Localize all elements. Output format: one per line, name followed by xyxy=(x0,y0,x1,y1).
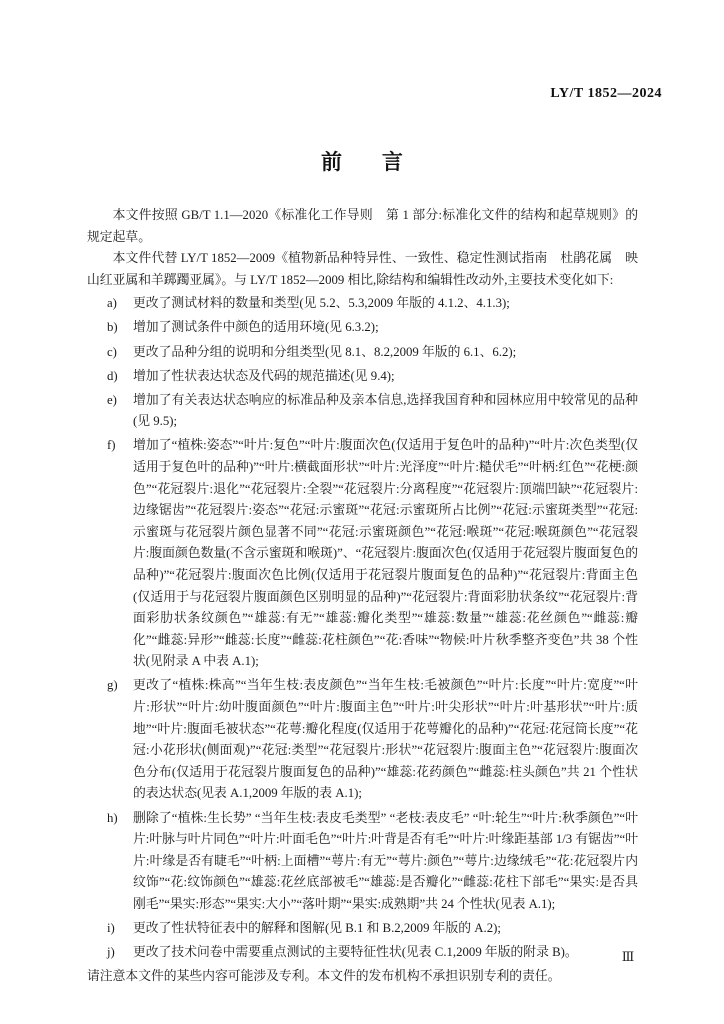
change-text: 增加了“植株:姿态”“叶片:复色”“叶片:腹面次色(仅适用于复色叶的品种)”“叶… xyxy=(133,435,638,673)
change-label: a) xyxy=(107,293,133,315)
change-text: 增加了有关表达状态响应的标准品种及亲本信息,选择我国育种和园林应用中较常见的品种… xyxy=(133,390,638,433)
change-text: 更改了测试材料的数量和类型(见 5.2、5.3,2009 年版的 4.1.2、4… xyxy=(133,293,638,315)
change-label: i) xyxy=(107,918,133,940)
change-item-e: e) 增加了有关表达状态响应的标准品种及亲本信息,选择我国育种和园林应用中较常见… xyxy=(87,390,638,433)
change-item-f: f) 增加了“植株:姿态”“叶片:复色”“叶片:腹面次色(仅适用于复色叶的品种)… xyxy=(87,435,638,673)
standard-number: LY/T 1852—2024 xyxy=(550,86,662,102)
change-text: 更改了性状特征表中的解释和图解(见 B.1 和 B.2,2009 年版的 A.2… xyxy=(133,918,638,940)
change-item-c: c) 更改了品种分组的说明和分组类型(见 8.1、8.2,2009 年版的 6.… xyxy=(87,342,638,364)
change-item-j: j) 更改了技术问卷中需要重点测试的主要特征性状(见表 C.1,2009 年版的… xyxy=(87,942,638,964)
document-page: LY/T 1852—2024 前言 本文件按照 GB/T 1.1—2020《标准… xyxy=(0,0,724,1024)
change-item-a: a) 更改了测试材料的数量和类型(见 5.2、5.3,2009 年版的 4.1.… xyxy=(87,293,638,315)
change-item-i: i) 更改了性状特征表中的解释和图解(见 B.1 和 B.2,2009 年版的 … xyxy=(87,918,638,940)
change-text: 增加了测试条件中颜色的适用环境(见 6.3.2); xyxy=(133,317,638,339)
change-item-d: d) 增加了性状表达状态及代码的规范描述(见 9.4); xyxy=(87,366,638,388)
page-number: Ⅲ xyxy=(616,949,640,965)
technical-changes-list: a) 更改了测试材料的数量和类型(见 5.2、5.3,2009 年版的 4.1.… xyxy=(87,293,638,963)
change-label: h) xyxy=(107,808,133,916)
change-item-b: b) 增加了测试条件中颜色的适用环境(见 6.3.2); xyxy=(87,317,638,339)
change-label: j) xyxy=(107,942,133,964)
change-label: g) xyxy=(107,675,133,805)
change-text: 更改了技术问卷中需要重点测试的主要特征性状(见表 C.1,2009 年版的附录 … xyxy=(133,942,638,964)
page-title: 前言 xyxy=(0,146,724,176)
change-label: f) xyxy=(107,435,133,673)
foreword-paragraph-drafting-basis: 本文件按照 GB/T 1.1—2020《标准化工作导则 第 1 部分:标准化文件… xyxy=(87,205,638,248)
change-text: 更改了“植株:株高”“当年生枝:表皮颜色”“当年生枝:毛被颜色”“叶片:长度”“… xyxy=(133,675,638,805)
change-label: d) xyxy=(107,366,133,388)
change-label: e) xyxy=(107,390,133,433)
change-label: b) xyxy=(107,317,133,339)
change-text: 增加了性状表达状态及代码的规范描述(见 9.4); xyxy=(133,366,638,388)
change-item-h: h) 删除了“植株:生长势” “当年生枝:表皮毛类型” “老枝:表皮毛” “叶:… xyxy=(87,808,638,916)
change-label: c) xyxy=(107,342,133,364)
foreword-content: 本文件按照 GB/T 1.1—2020《标准化工作导则 第 1 部分:标准化文件… xyxy=(87,205,638,988)
change-item-g: g) 更改了“植株:株高”“当年生枝:表皮颜色”“当年生枝:毛被颜色”“叶片:长… xyxy=(87,675,638,805)
patent-notice: 请注意本文件的某些内容可能涉及专利。本文件的发布机构不承担识别专利的责任。 xyxy=(87,966,638,988)
change-text: 删除了“植株:生长势” “当年生枝:表皮毛类型” “老枝:表皮毛” “叶:轮生”… xyxy=(133,808,638,916)
change-text: 更改了品种分组的说明和分组类型(见 8.1、8.2,2009 年版的 6.1、6… xyxy=(133,342,638,364)
foreword-paragraph-replacement: 本文件代替 LY/T 1852—2009《植物新品种特异性、一致性、稳定性测试指… xyxy=(87,248,638,291)
